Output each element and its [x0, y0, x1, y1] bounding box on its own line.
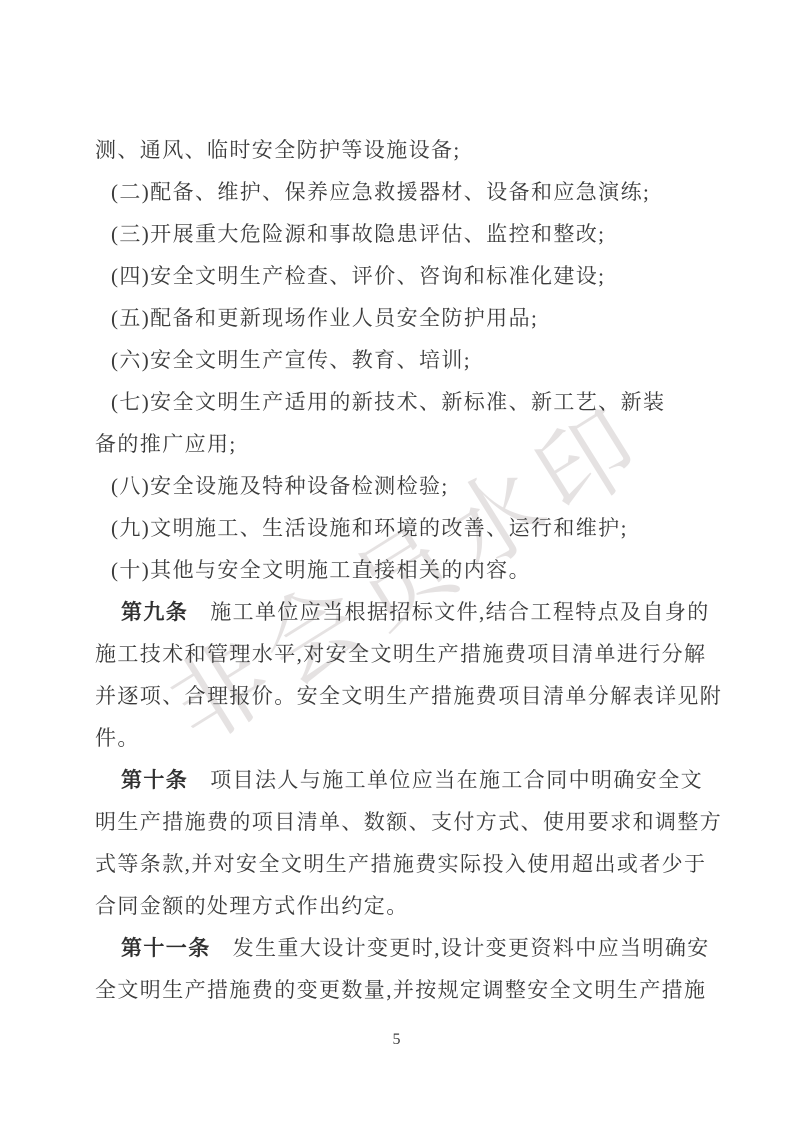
text-line: 式等条款,并对安全文明生产措施费实际投入使用超出或者少于: [95, 843, 713, 885]
document-page: 非会员水印 测、通风、临时安全防护等设施设备;(二)配备、维护、保养应急救援器材…: [0, 0, 793, 1121]
text-line: 第十一条发生重大设计变更时,设计变更资料中应当明确安: [95, 927, 713, 969]
line-text: (四)安全文明生产检查、评价、咨询和标准化建设;: [111, 264, 605, 288]
text-line: (二)配备、维护、保养应急救援器材、设备和应急演练;: [95, 171, 713, 213]
text-line: 明生产措施费的项目清单、数额、支付方式、使用要求和调整方: [95, 801, 713, 843]
text-line: (九)文明施工、生活设施和环境的改善、运行和维护;: [95, 507, 713, 549]
article-heading: 第十一条: [121, 937, 211, 960]
text-line: (八)安全设施及特种设备检测检验;: [95, 465, 713, 507]
page-number: 5: [0, 1031, 793, 1049]
line-text: 全文明生产措施费的变更数量,并按规定调整安全文明生产措施: [95, 978, 706, 1002]
article-heading: 第十条: [121, 769, 188, 792]
line-text: (五)配备和更新现场作业人员安全防护用品;: [111, 306, 538, 330]
text-line: (五)配备和更新现场作业人员安全防护用品;: [95, 297, 713, 339]
line-text: 施工单位应当根据招标文件,结合工程特点及自身的: [210, 600, 709, 624]
text-line: 并逐项、合理报价。安全文明生产措施费项目清单分解表详见附: [95, 675, 713, 717]
text-line: (十)其他与安全文明施工直接相关的内容。: [95, 549, 713, 591]
line-text: 发生重大设计变更时,设计变更资料中应当明确安: [233, 936, 710, 960]
text-line: (六)安全文明生产宣传、教育、培训;: [95, 339, 713, 381]
text-line: (三)开展重大危险源和事故隐患评估、监控和整改;: [95, 213, 713, 255]
line-text: (八)安全设施及特种设备检测检验;: [111, 474, 449, 498]
text-line: (七)安全文明生产适用的新技术、新标准、新工艺、新装: [95, 381, 713, 423]
text-line: 全文明生产措施费的变更数量,并按规定调整安全文明生产措施: [95, 969, 713, 1011]
text-line: 合同金额的处理方式作出约定。: [95, 885, 713, 927]
line-text: (十)其他与安全文明施工直接相关的内容。: [111, 558, 531, 582]
line-text: 项目法人与施工单位应当在施工合同中明确安全文: [210, 768, 703, 792]
line-text: 施工技术和管理水平,对安全文明生产措施费项目清单进行分解: [95, 642, 706, 666]
text-line: 备的推广应用;: [95, 423, 713, 465]
text-line: 测、通风、临时安全防护等设施设备;: [95, 129, 713, 171]
text-line: 第十条项目法人与施工单位应当在施工合同中明确安全文: [95, 759, 713, 801]
text-line: 件。: [95, 717, 713, 759]
line-text: (二)配备、维护、保养应急救援器材、设备和应急演练;: [111, 180, 650, 204]
line-text: (六)安全文明生产宣传、教育、培训;: [111, 348, 471, 372]
line-text: 明生产措施费的项目清单、数额、支付方式、使用要求和调整方: [95, 810, 722, 834]
line-text: (七)安全文明生产适用的新技术、新标准、新工艺、新装: [111, 390, 665, 414]
line-text: (三)开展重大危险源和事故隐患评估、监控和整改;: [111, 222, 605, 246]
document-body: 测、通风、临时安全防护等设施设备;(二)配备、维护、保养应急救援器材、设备和应急…: [95, 129, 713, 1011]
article-heading: 第九条: [121, 601, 188, 624]
line-text: 并逐项、合理报价。安全文明生产措施费项目清单分解表详见附: [95, 684, 722, 708]
line-text: 件。: [95, 726, 140, 750]
text-line: 施工技术和管理水平,对安全文明生产措施费项目清单进行分解: [95, 633, 713, 675]
text-line: 第九条施工单位应当根据招标文件,结合工程特点及自身的: [95, 591, 713, 633]
text-line: (四)安全文明生产检查、评价、咨询和标准化建设;: [95, 255, 713, 297]
line-text: 式等条款,并对安全文明生产措施费实际投入使用超出或者少于: [95, 852, 706, 876]
line-text: 备的推广应用;: [95, 432, 237, 456]
line-text: 合同金额的处理方式作出约定。: [95, 894, 409, 918]
line-text: 测、通风、临时安全防护等设施设备;: [95, 138, 461, 162]
line-text: (九)文明施工、生活设施和环境的改善、运行和维护;: [111, 516, 628, 540]
